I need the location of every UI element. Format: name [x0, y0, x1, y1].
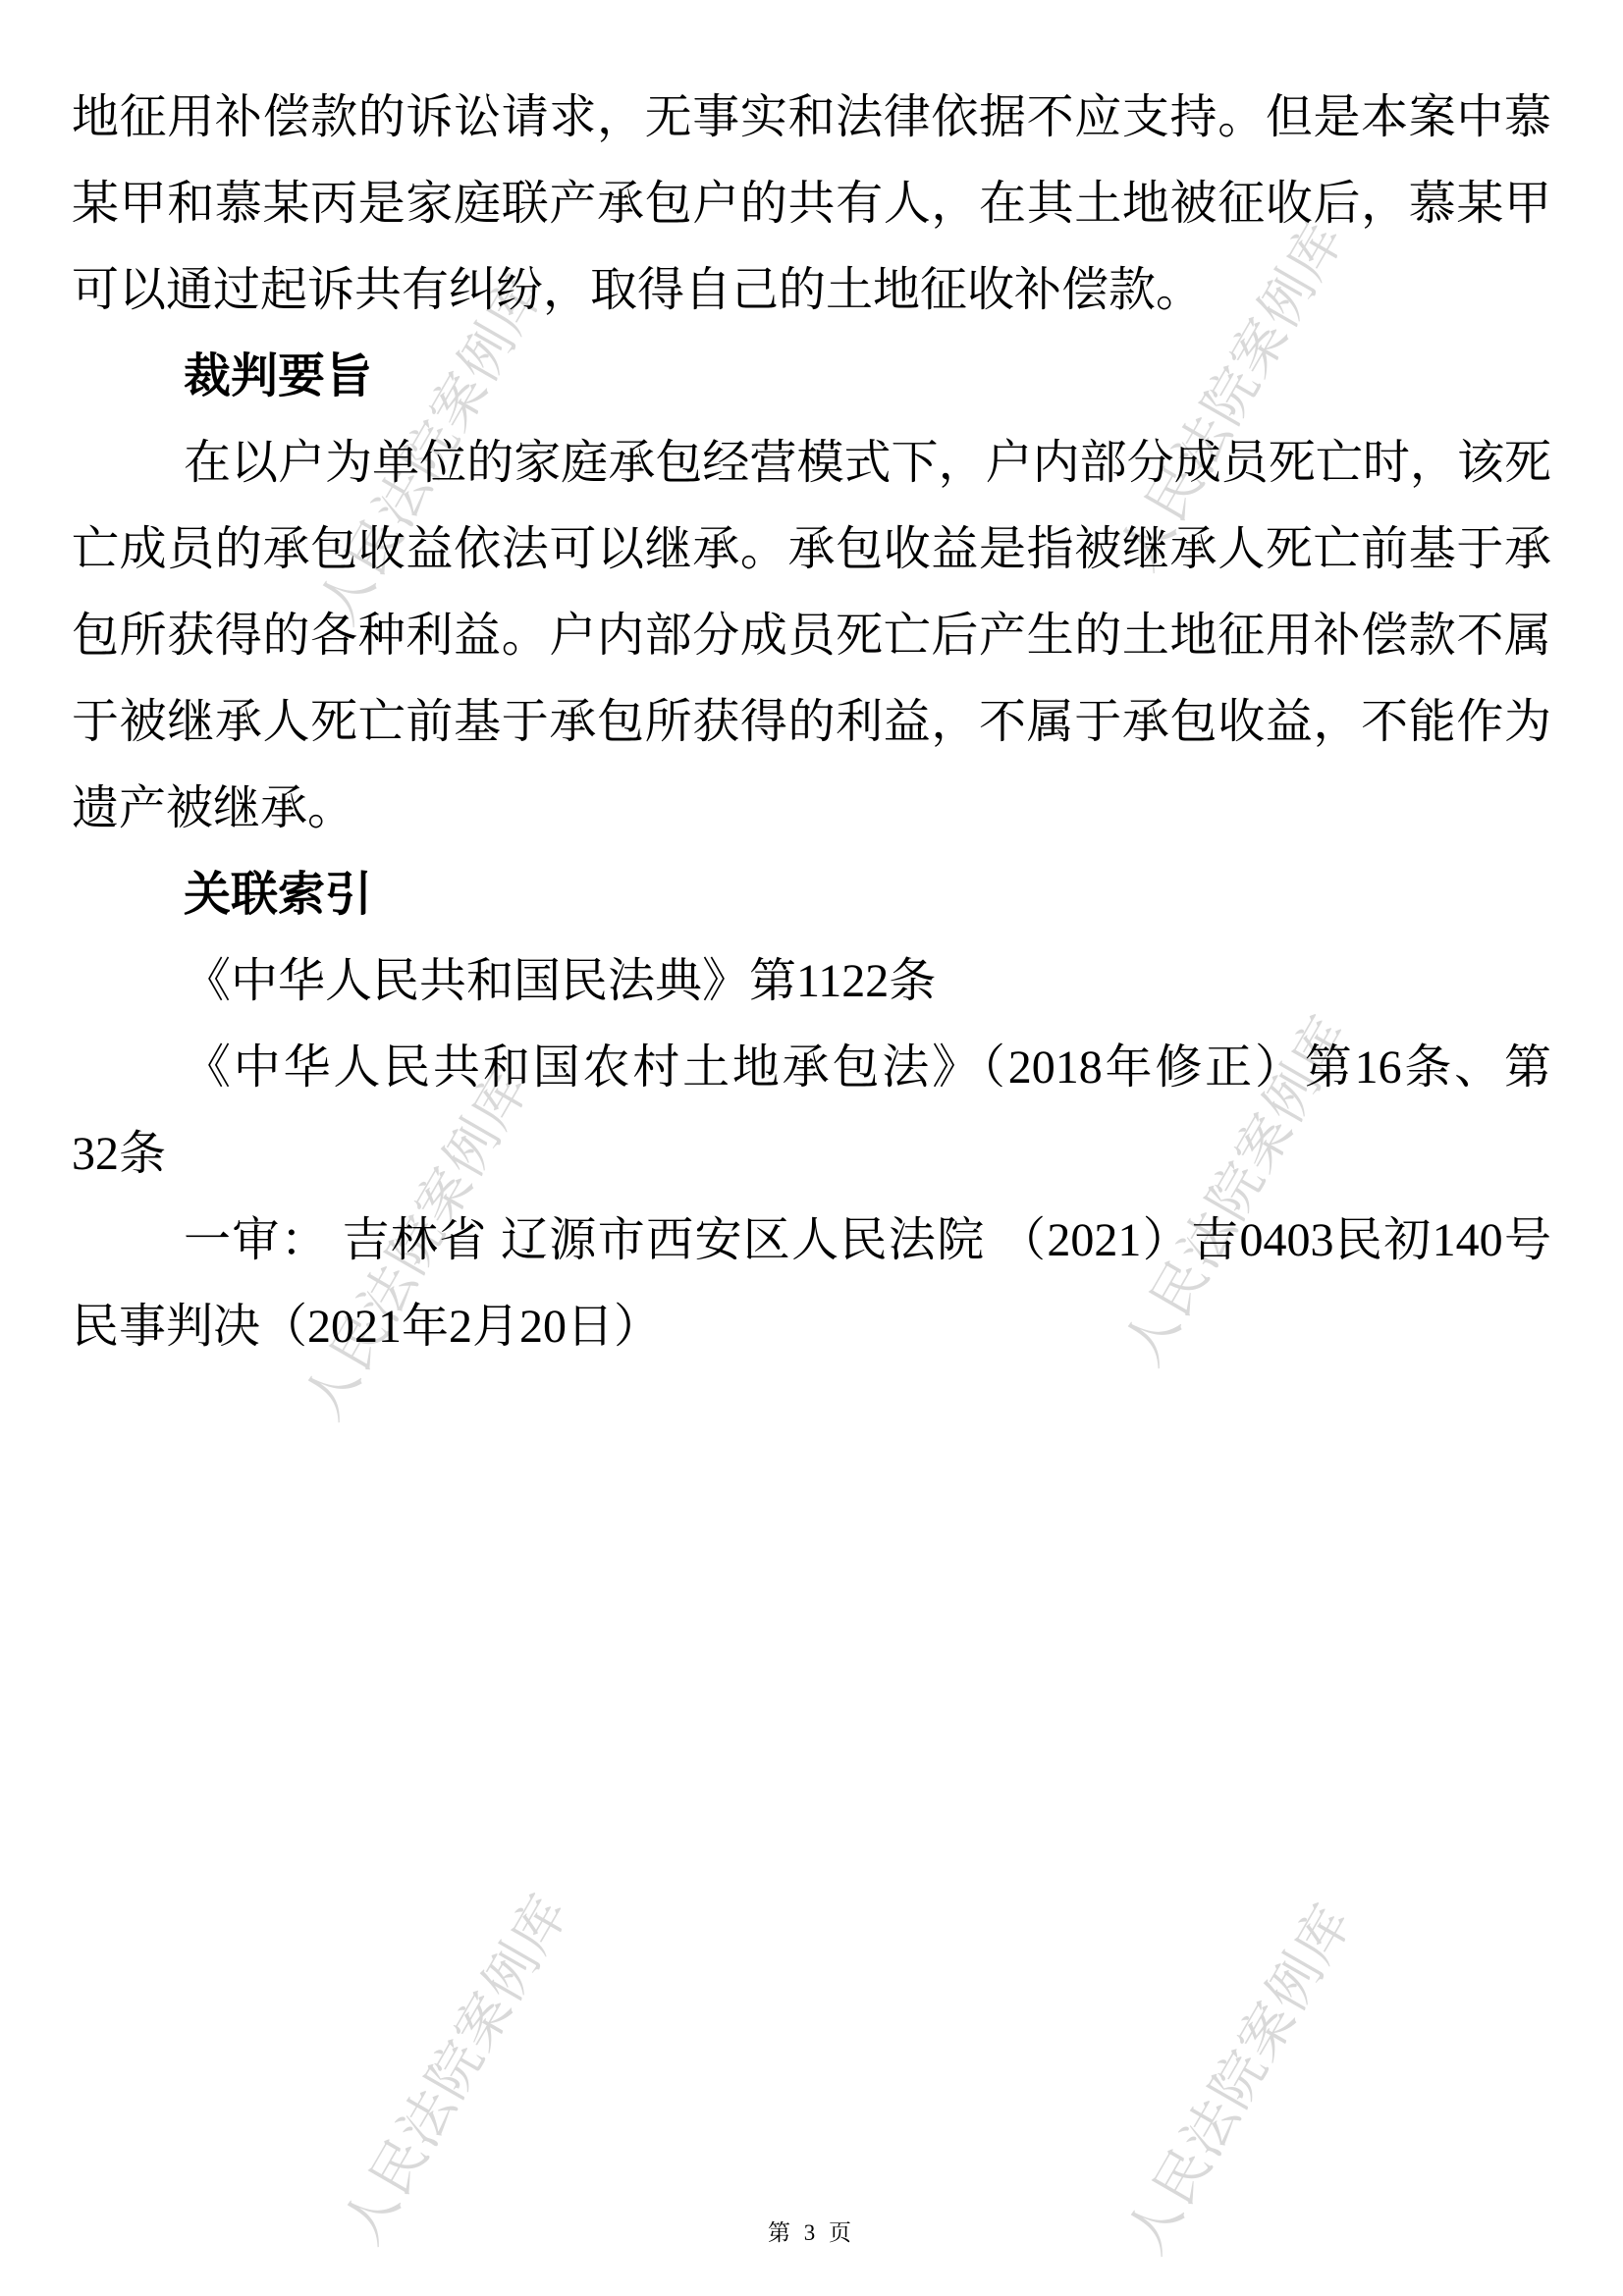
text-line: 民事判决（2021年2月20日）: [72, 1284, 1551, 1370]
watermark-text: 人民法院案例库: [1104, 1887, 1367, 2265]
text-line: 某甲和慕某丙是家庭联产承包户的共有人，在其土地被征收后，慕某甲: [72, 161, 1551, 247]
page-number: 第 3 页: [0, 2215, 1623, 2247]
section-heading: 裁判要旨: [72, 334, 1551, 420]
text-line: 在以户为单位的家庭承包经营模式下，户内部分成员死亡时，该死: [72, 420, 1551, 507]
text-line: 于被继承人死亡前基于承包所获得的利益，不属于承包收益，不能作为: [72, 679, 1551, 766]
text-line: 亡成员的承包收益依法可以继承。承包收益是指被继承人死亡前基于承: [72, 507, 1551, 593]
text-line: 《中华人民共和国民法典》第1122条: [72, 938, 1551, 1025]
text-line: 《中华人民共和国农村土地承包法》（2018年修正）第16条、第: [72, 1025, 1551, 1111]
text-line: 地征用补偿款的诉讼请求，无事实和法律依据不应支持。但是本案中慕: [72, 75, 1551, 161]
text-line: 包所获得的各种利益。户内部分成员死亡后产生的土地征用补偿款不属: [72, 593, 1551, 679]
document-content: 地征用补偿款的诉讼请求，无事实和法律依据不应支持。但是本案中慕某甲和慕某丙是家庭…: [72, 75, 1551, 1370]
text-line: 可以通过起诉共有纠纷，取得自己的土地征收补偿款。: [72, 247, 1551, 334]
text-line: 遗产被继承。: [72, 766, 1551, 852]
document-page: 人民法院案例库人民法院案例库人民法院案例库人民法院案例库人民法院案例库人民法院案…: [0, 0, 1623, 2296]
watermark-text: 人民法院案例库: [320, 1877, 583, 2255]
text-line: 32条: [72, 1111, 1551, 1198]
section-heading: 关联索引: [72, 852, 1551, 938]
text-line: 一审： 吉林省 辽源市西安区人民法院 （2021）吉0403民初140号: [72, 1198, 1551, 1284]
